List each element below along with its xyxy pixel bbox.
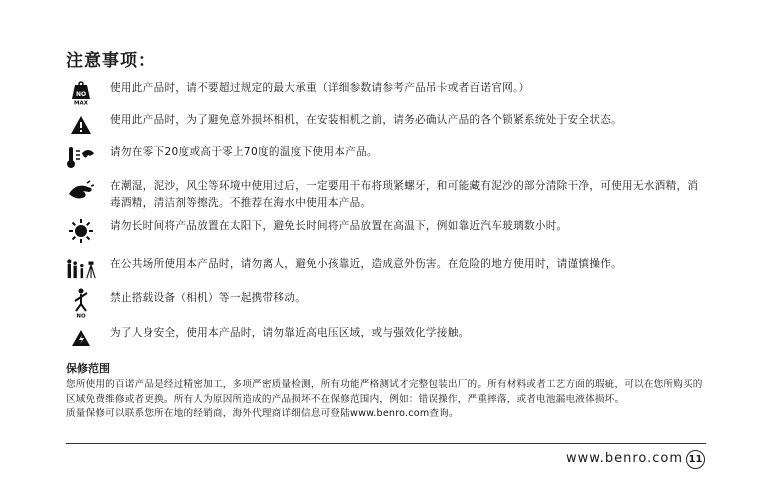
notice-text: 请勿长时间将产品放置在太阳下，避免长时间将产品放置在高温下，例如靠近汽车玻璃数小… [110,218,568,235]
no-carry-icon: NO [66,290,96,316]
svg-text:NO: NO [76,314,86,319]
notice-item-no-carry: NO 禁止搭载设备（相机）等一起携带移动。 [66,290,706,316]
notice-text: 使用此产品时，为了避免意外损坏相机，在安装相机之前，请务必确认产品的各个锁紧系统… [110,112,622,129]
notice-item-temperature: 请勿在零下20度或高于零上70度的温度下使用本产品。 [66,144,706,170]
footer-divider [66,443,706,444]
notice-item-lock-safety: 使用此产品时，为了避免意外损坏相机，在安装相机之前，请务必确认产品的各个锁紧系统… [66,112,706,138]
max-load-weight-icon: NO MAX [66,80,96,106]
notice-text: 在公共场所使用本产品时，请勿离人，避免小孩靠近，造成意外伤害。在危险的地方使用时… [110,256,622,273]
notice-text: 为了人身安全，使用本产品时，请勿靠近高电压区域，或与强效化学接触。 [110,325,470,342]
footer-url: www.benro.com [566,451,683,466]
warranty-paragraph: 质量保修可以联系您所在地的经销商，海外代理商详细信息可登陆www.benro.c… [66,407,706,422]
people-tripod-icon [66,256,96,282]
notice-text: 使用此产品时，请不要超过规定的最大承重（详细参数请参考产品吊卡或者百诺官网。） [110,80,530,97]
page-title: 注意事项： [66,46,156,71]
svg-text:NO: NO [76,91,86,98]
notice-item-public-place: 在公共场所使用本产品时，请勿离人，避免小孩靠近，造成意外伤害。在危险的地方使用时… [66,256,706,282]
svg-text:MAX: MAX [74,101,89,106]
sun-icon [66,218,96,244]
warranty-paragraph: 您所使用的百诺产品是经过精密加工，多项严密质量检测，所有功能严格测试才完整包装出… [66,378,706,407]
notice-text: 请勿在零下20度或高于零上70度的温度下使用本产品。 [110,144,378,161]
cleaning-hand-icon [66,178,96,204]
notice-item-high-voltage: 为了人身安全，使用本产品时，请勿靠近高电压区域，或与强效化学接触。 [66,325,706,351]
notice-item-cleaning: 在潮湿，泥沙，风尘等环境中使用过后，一定要用干布将琐紧螺牙，和可能藏有泥沙的部分… [66,178,706,212]
notice-item-sunlight: 请勿长时间将产品放置在太阳下，避免长时间将产品放置在高温下，例如靠近汽车玻璃数小… [66,218,706,244]
temperature-icon [66,144,96,170]
page-number: 11 [686,450,705,469]
notice-text: 在潮湿，泥沙，风尘等环境中使用过后，一定要用干布将琐紧螺牙，和可能藏有泥沙的部分… [110,178,706,212]
warranty-section: 保修范围 您所使用的百诺产品是经过精密加工，多项严密质量检测，所有功能严格测试才… [66,360,706,422]
warranty-heading: 保修范围 [66,360,706,376]
warning-triangle-icon [66,112,96,138]
notice-text: 禁止搭载设备（相机）等一起携带移动。 [110,290,306,307]
high-voltage-icon [66,325,96,351]
notice-item-max-load: NO MAX 使用此产品时，请不要超过规定的最大承重（详细参数请参考产品吊卡或者… [66,80,706,106]
